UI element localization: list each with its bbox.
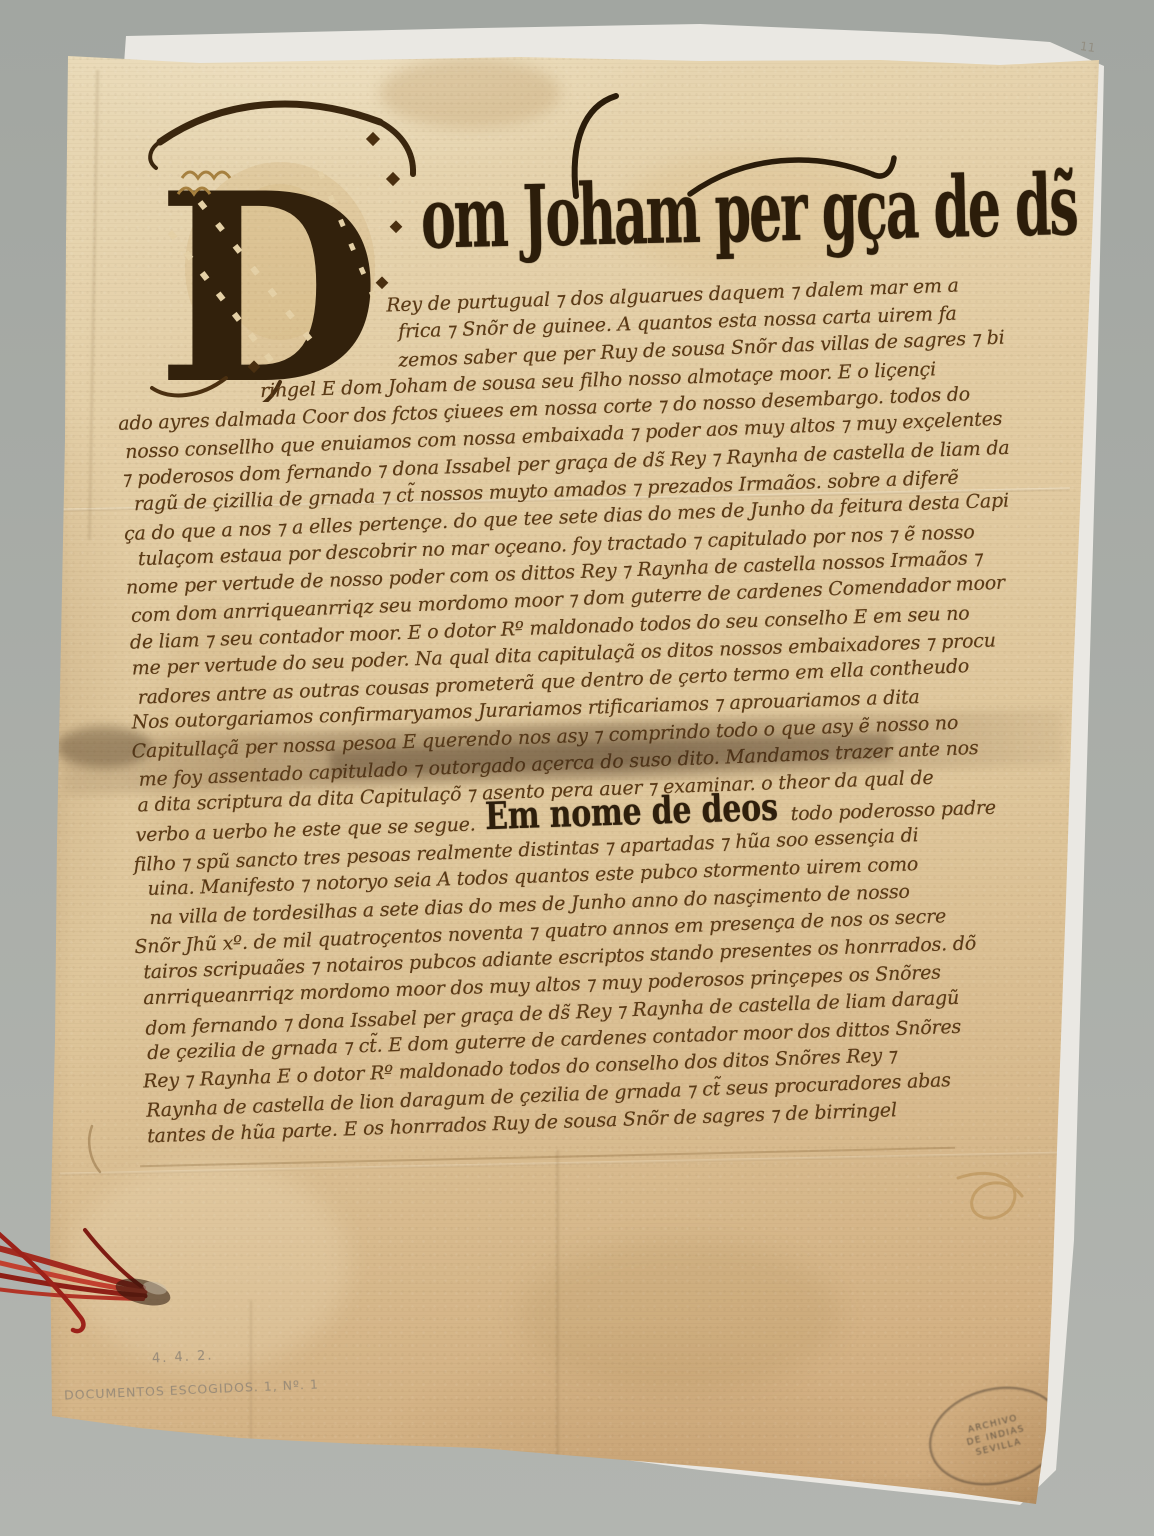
ink-flourish-icon	[938, 1162, 1038, 1252]
fold-crease	[88, 70, 99, 540]
section-heading-em-nome-de-deos: Em nome de deos	[485, 792, 779, 834]
stain	[520, 1240, 840, 1390]
margin-mark-icon	[82, 1120, 122, 1180]
photograph-of-manuscript: 11 D	[0, 0, 1154, 1536]
page-number: 11	[1079, 39, 1096, 55]
archival-reference-title: DOCUMENTOS ESCOGIDOS. 1, Nº. 1	[64, 1376, 319, 1402]
ascender-flourish-icon	[552, 84, 652, 204]
ruled-line	[140, 1147, 955, 1167]
fold-crease	[556, 1150, 559, 1480]
fold-crease	[250, 1300, 252, 1440]
calligraphic-swash-icon	[676, 146, 916, 210]
fold-crease	[60, 1151, 1070, 1175]
seal-cord	[0, 1226, 185, 1356]
manuscript-body: Rey de purtugual ⁊ dos alguarues daquem …	[114, 271, 1034, 1151]
